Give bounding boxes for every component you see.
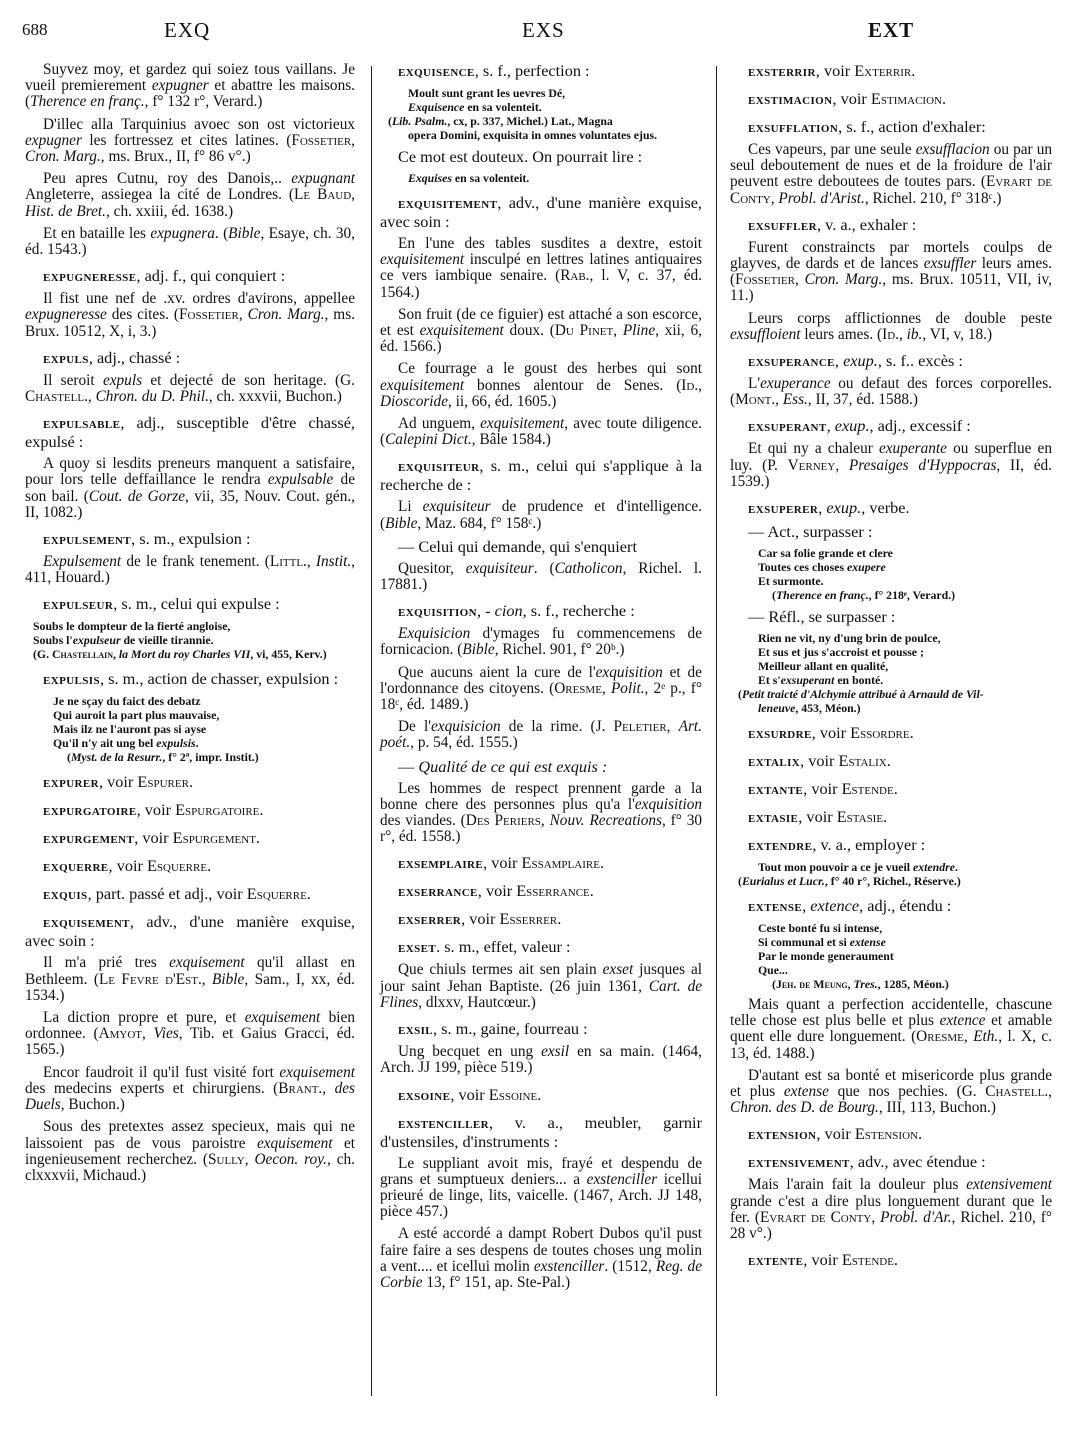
- definition: , voir Espurer.: [99, 772, 193, 791]
- verse-source: (Jeh. de Meung, Tres., 1285, Méon.): [758, 977, 1052, 991]
- column-2: exquisence, s. f., perfection :Moult sun…: [380, 62, 702, 1430]
- citation: En l'une des tables susdites a dextre, e…: [380, 236, 702, 301]
- citation: Les hommes de respect prennent garde a l…: [380, 781, 702, 846]
- citation: De l'exquisicion de la rime. (J. Peletie…: [380, 719, 702, 751]
- citation: Encor faudroit il qu'il fust visité fort…: [25, 1065, 355, 1114]
- definition: , s. m., celui qui expulse :: [113, 594, 279, 613]
- entry-header: expulseur, s. m., celui qui expulse :: [25, 595, 355, 614]
- definition: , adj., chassé :: [89, 348, 180, 367]
- verse-line: Si communal et si extense: [758, 935, 1052, 949]
- citation: Ces vapeurs, par une seule exsufflacion …: [730, 142, 1052, 207]
- citation: Expulsement de le frank tenement. (Littl…: [25, 554, 355, 586]
- headword: exstimacion: [748, 92, 832, 108]
- headword: exquisiteur: [398, 459, 479, 475]
- dictionary-entry: exsoine, voir Essoine.: [380, 1086, 702, 1105]
- headword: extalix: [748, 754, 800, 770]
- verse-line: Par le monde generaument: [758, 949, 1052, 963]
- verse-source-continued: leneuve, 453, Méon.): [738, 701, 1052, 715]
- citation: Le suppliant avoit mis, frayé et despend…: [380, 1156, 702, 1221]
- dictionary-entry: exsuperant, exup., adj., excessif :Et qu…: [730, 417, 1052, 490]
- headword: exquisement: [43, 915, 130, 931]
- dictionary-entry: expulsis, s. m., action de chasser, expu…: [25, 670, 355, 764]
- definition: , voir Esserrance.: [478, 881, 594, 900]
- entry-header: exquisitement, adv., d'une manière exqui…: [380, 194, 702, 231]
- page-number: 688: [22, 20, 48, 40]
- entry-header: exquisiteur, s. m., celui qui s'applique…: [380, 457, 702, 494]
- definition: , s. m., action de chasser, expulsion :: [100, 669, 338, 688]
- sub-sense: — Qualité de ce qui est exquis :: [380, 758, 702, 776]
- citation: Li exquisiteur de prudence et d'intellig…: [380, 499, 702, 531]
- dictionary-entry: exset. s. m., effet, valeur :Que chiuls …: [380, 938, 702, 1011]
- entry-header: exserrer, voir Esserrer.: [380, 910, 702, 929]
- citation: Furent constraincts par mortels coulps d…: [730, 240, 1052, 305]
- headword: exsoine: [398, 1088, 450, 1104]
- dictionary-entry: exquisition, - cion, s. f., recherche :E…: [380, 602, 702, 845]
- dictionary-entry: exquisitement, adv., d'une manière exqui…: [380, 194, 702, 448]
- verse-source: (Petit traicté d'Alchymie attribué à Arn…: [738, 687, 1052, 715]
- citation: L'exuperance ou defaut des forces corpor…: [730, 376, 1052, 408]
- dictionary-entry: extante, voir Estende.: [730, 780, 1052, 799]
- verse-line: Moult sunt grant les uevres Dé,: [408, 86, 702, 100]
- definition: , voir Exterrir.: [816, 61, 916, 80]
- headword: exsufflation: [748, 120, 838, 136]
- running-head-right: EXT: [868, 18, 914, 43]
- entry-header: extalix, voir Estalix.: [730, 752, 1052, 771]
- entry-header: exsil, s. m., gaine, fourreau :: [380, 1020, 702, 1039]
- entry-header: exstimacion, voir Estimacion.: [730, 90, 1052, 109]
- definition: , voir Estasie.: [798, 807, 887, 826]
- citation: Suyvez moy, et gardez qui soiez tous vai…: [25, 62, 355, 111]
- column-1: Suyvez moy, et gardez qui soiez tous vai…: [25, 62, 355, 1430]
- definition: , voir Esserrer.: [461, 909, 561, 928]
- verse-quotation: Je ne sçay du faict des debatzQui auroit…: [25, 694, 355, 764]
- citation: Que aucuns aient la cure de l'exquisitio…: [380, 665, 702, 714]
- entry-header: expurgement, voir Espurgement.: [25, 829, 355, 848]
- dictionary-entry: Suyvez moy, et gardez qui soiez tous vai…: [25, 62, 355, 258]
- definition: . s. m., effet, valeur :: [436, 937, 570, 956]
- verse-line: Toutes ces choses exupere: [758, 560, 1052, 574]
- dictionary-entry: exsil, s. m., gaine, fourreau :Ung becqu…: [380, 1020, 702, 1076]
- verse-line: Qu'il n'y ait ung bel expulsis.: [53, 736, 355, 750]
- headword: extente: [748, 1253, 803, 1269]
- verse-line: Et sus et jus s'accroist et pousse ;: [758, 645, 1052, 659]
- headword: exstenciller: [398, 1116, 489, 1132]
- verse-line: Exquises en sa volenteit.: [408, 171, 702, 185]
- column-rule: [716, 66, 717, 1396]
- dictionary-entry: expulsement, s. m., expulsion :Expulseme…: [25, 530, 355, 586]
- definition: , part. passé et adj., voir Esquerre.: [88, 884, 311, 903]
- verse-line: Mais ilz ne l'auront pas si ayse: [53, 722, 355, 736]
- headword: expulsement: [43, 532, 131, 548]
- verse-line: Je ne sçay du faict des debatz: [53, 694, 355, 708]
- definition: , s. m., gaine, fourreau :: [433, 1019, 588, 1038]
- headword: extasie: [748, 810, 798, 826]
- headword: expurgement: [43, 831, 134, 847]
- entry-header: exsuperer, exup., verbe.: [730, 499, 1052, 518]
- citation: Ad unguem, exquisitement, avec toute dil…: [380, 416, 702, 448]
- entry-header: exsoine, voir Essoine.: [380, 1086, 702, 1105]
- verse-quotation: Ceste bonté fu si intense,Si communal et…: [730, 921, 1052, 991]
- headword: expulsis: [43, 672, 100, 688]
- entry-header: exsuffler, v. a., exhaler :: [730, 216, 1052, 235]
- definition: , v. a., exhaler :: [817, 215, 916, 234]
- headword: expulseur: [43, 597, 113, 613]
- verse-quotation: Exquises en sa volenteit.: [380, 171, 702, 185]
- verse-line: Soubs le dompteur de la fierté angloise,: [33, 619, 355, 633]
- headword: exquisitement: [398, 196, 497, 212]
- sub-sense: — Celui qui demande, qui s'enquiert: [380, 538, 702, 556]
- verse-line: Exquisence en sa volenteit.: [408, 100, 702, 114]
- entry-header: extendre, v. a., employer :: [730, 836, 1052, 855]
- entry-header: exsemplaire, voir Essamplaire.: [380, 854, 702, 873]
- dictionary-entry: expurgatoire, voir Espurgatoire.: [25, 801, 355, 820]
- sub-sense: — Réfl., se surpasser :: [730, 608, 1052, 626]
- headword: exsuperant: [748, 419, 827, 435]
- definition: , voir Espurgement.: [134, 828, 260, 847]
- dictionary-entry: exsemplaire, voir Essamplaire.: [380, 854, 702, 873]
- definition: , s. m., expulsion :: [131, 529, 250, 548]
- entry-header: exquisement, adv., d'une manière exquise…: [25, 913, 355, 950]
- headword: exquerre: [43, 859, 109, 875]
- entry-header: extensivement, adv., avec étendue :: [730, 1153, 1052, 1172]
- dictionary-entry: expuls, adj., chassé :Il seroit expuls e…: [25, 349, 355, 405]
- headword: exsemplaire: [398, 856, 483, 872]
- verse-line: Et s'exsuperant en bonté.: [758, 673, 1052, 687]
- citation: Et qui ny a chaleur exuperante ou superf…: [730, 441, 1052, 490]
- definition: , exup., adj., excessif :: [827, 416, 971, 435]
- verse-source: (Eurialus et Lucr., f° 40 r°, Richel., R…: [738, 874, 1052, 888]
- citation: Il fist une nef de .xv. ordres d'avirons…: [25, 291, 355, 340]
- dictionary-entry: extensivement, adv., avec étendue :Mais …: [730, 1153, 1052, 1242]
- citation: A quoy si lesdits preneurs manquent a sa…: [25, 456, 355, 521]
- dictionary-entry: extense, extence, adj., étendu :Ceste bo…: [730, 897, 1052, 1116]
- entry-header: exsterrir, voir Exterrir.: [730, 62, 1052, 81]
- definition: , voir Essordre.: [812, 723, 914, 742]
- definition: , - cion, s. f., recherche :: [477, 601, 635, 620]
- definition: , voir Estende.: [803, 1250, 898, 1269]
- verse-source: (Myst. de la Resurr., f° 2ª, impr. Insti…: [53, 750, 355, 764]
- headword: expurer: [43, 775, 99, 791]
- running-head-left: EXQ: [164, 18, 210, 43]
- citation: A esté accordé a dampt Robert Dubos qu'i…: [380, 1226, 702, 1291]
- entry-header: exquis, part. passé et adj., voir Esquer…: [25, 885, 355, 904]
- verse-line: Meilleur allant en qualité,: [758, 659, 1052, 673]
- verse-line: Et surmonte.: [758, 574, 1052, 588]
- citation: Ung becquet en ung exsil en sa main. (14…: [380, 1044, 702, 1076]
- entry-header: expulsable, adj., susceptible d'être cha…: [25, 414, 355, 451]
- definition: , voir Espurgatoire.: [137, 800, 264, 819]
- citation: Quesitor, exquisiteur. (Catholicon, Rich…: [380, 561, 702, 593]
- dictionary-entry: exserrance, voir Esserrance.: [380, 882, 702, 901]
- headword: exserrer: [398, 912, 461, 928]
- entry-header: expurgatoire, voir Espurgatoire.: [25, 801, 355, 820]
- verse-line: Tout mon pouvoir a ce je vueil extendre.: [758, 860, 1052, 874]
- entry-header: expulsement, s. m., expulsion :: [25, 530, 355, 549]
- dictionary-entry: exsufflation, s. f., action d'exhaler:Ce…: [730, 118, 1052, 207]
- entry-header: exquisition, - cion, s. f., recherche :: [380, 602, 702, 621]
- entry-header: extente, voir Estende.: [730, 1251, 1052, 1270]
- definition: , voir Estimacion.: [832, 89, 946, 108]
- page-header: 688 EXQ EXS EXT: [0, 18, 1078, 48]
- citation: Mais l'arain fait la douleur plus extens…: [730, 1177, 1052, 1242]
- definition: , s. f., perfection :: [475, 61, 590, 80]
- entry-header: exsurdre, voir Essordre.: [730, 724, 1052, 743]
- headword: exserrance: [398, 884, 478, 900]
- headword: exsterrir: [748, 64, 816, 80]
- verse-quotation: Moult sunt grant les uevres Dé,Exquisenc…: [380, 86, 702, 142]
- citation: Ce fourrage a le goust des herbes qui so…: [380, 361, 702, 410]
- headword: exquisence: [398, 64, 475, 80]
- citation: Il m'a prié tres exquisement qu'il allas…: [25, 955, 355, 1004]
- headword: exsuffler: [748, 218, 817, 234]
- entry-header: expurer, voir Espurer.: [25, 773, 355, 792]
- citation: La diction propre et pure, et exquisemen…: [25, 1010, 355, 1059]
- headword: exsuperance: [748, 354, 835, 370]
- sub-sense: Ce mot est douteux. On pourrait lire :: [380, 148, 702, 166]
- verse-source: (Therence en franç., f° 218ᵉ, Verard.): [758, 588, 1052, 602]
- citation: Mais quant a perfection accidentelle, ch…: [730, 997, 1052, 1062]
- verse-quotation: Soubs le dompteur de la fierté angloise,…: [25, 619, 355, 661]
- headword: extensivement: [748, 1155, 850, 1171]
- definition: , extence, adj., étendu :: [802, 896, 951, 915]
- headword: exsuperer: [748, 501, 818, 517]
- dictionary-entry: exquerre, voir Esquerre.: [25, 857, 355, 876]
- dictionary-entry: expulseur, s. m., celui qui expulse :Sou…: [25, 595, 355, 661]
- verse-source: (G. Chastellain, la Mort du roy Charles …: [33, 647, 355, 661]
- verse-source: (Lib. Psalm., cx, p. 337, Michel.) Lat.,…: [388, 114, 702, 142]
- entry-header: exquerre, voir Esquerre.: [25, 857, 355, 876]
- entry-header: extante, voir Estende.: [730, 780, 1052, 799]
- entry-header: expulsis, s. m., action de chasser, expu…: [25, 670, 355, 689]
- dictionary-entry: expurer, voir Espurer.: [25, 773, 355, 792]
- dictionary-entry: exstenciller, v. a., meubler, garnir d'u…: [380, 1114, 702, 1292]
- column-3: exsterrir, voir Exterrir.exstimacion, vo…: [730, 62, 1052, 1430]
- verse-line: Qui auroit la part plus mauvaise,: [53, 708, 355, 722]
- entry-header: exset. s. m., effet, valeur :: [380, 938, 702, 957]
- entry-header: expugneresse, adj. f., qui conquiert :: [25, 267, 355, 286]
- citation: Peu apres Cutnu, roy des Danois,.. expug…: [25, 171, 355, 220]
- verse-quotation: Tout mon pouvoir a ce je vueil extendre.…: [730, 860, 1052, 888]
- definition: , exup., verbe.: [818, 498, 909, 517]
- citation: Leurs corps afflictionnes de double pest…: [730, 311, 1052, 343]
- verse-line: Que...: [758, 963, 1052, 977]
- definition: , exup., s. f.. excès :: [835, 351, 963, 370]
- definition: , adj. f., qui conquiert :: [136, 266, 285, 285]
- dictionary-entry: exquisiteur, s. m., celui qui s'applique…: [380, 457, 702, 593]
- definition: , voir Essoine.: [450, 1085, 541, 1104]
- entry-header: exsufflation, s. f., action d'exhaler:: [730, 118, 1052, 137]
- entry-header: exquisence, s. f., perfection :: [380, 62, 702, 81]
- definition: , voir Estende.: [803, 779, 898, 798]
- headword: exquis: [43, 887, 88, 903]
- citation: Sous des pretextes assez specieux, mais …: [25, 1119, 355, 1184]
- headword: exset: [398, 940, 436, 956]
- definition: , voir Esquerre.: [109, 856, 212, 875]
- headword: exsil: [398, 1022, 433, 1038]
- headword: extense: [748, 899, 802, 915]
- verse-line: Ceste bonté fu si intense,: [758, 921, 1052, 935]
- definition: , voir Estension.: [816, 1124, 922, 1143]
- citation: Exquisicion d'ymages fu commencemens de …: [380, 626, 702, 658]
- running-head-center: EXS: [522, 18, 565, 43]
- dictionary-entry: extasie, voir Estasie.: [730, 808, 1052, 827]
- definition: , voir Essamplaire.: [483, 853, 604, 872]
- dictionary-entry: expulsable, adj., susceptible d'être cha…: [25, 414, 355, 521]
- dictionary-entry: exsuffler, v. a., exhaler :Furent constr…: [730, 216, 1052, 343]
- headword: extendre: [748, 838, 812, 854]
- definition: , voir Estalix.: [800, 751, 891, 770]
- dictionary-entry: extalix, voir Estalix.: [730, 752, 1052, 771]
- entry-header: expuls, adj., chassé :: [25, 349, 355, 368]
- definition: , v. a., employer :: [812, 835, 925, 854]
- dictionary-entry: exquisence, s. f., perfection :Moult sun…: [380, 62, 702, 185]
- dictionary-entry: exstimacion, voir Estimacion.: [730, 90, 1052, 109]
- dictionary-entry: exsterrir, voir Exterrir.: [730, 62, 1052, 81]
- dictionary-entry: exsuperer, exup., verbe.— Act., surpasse…: [730, 499, 1052, 715]
- dictionary-entry: extension, voir Estension.: [730, 1125, 1052, 1144]
- citation: Il seroit expuls et dejecté de son herit…: [25, 373, 355, 405]
- verse-line: Rien ne vit, ny d'ung brin de poulce,: [758, 631, 1052, 645]
- verse-line: Car sa folie grande et clere: [758, 546, 1052, 560]
- citation: D'illec alla Tarquinius avoec son ost vi…: [25, 117, 355, 166]
- dictionary-entry: exsurdre, voir Essordre.: [730, 724, 1052, 743]
- dictionary-entry: extente, voir Estende.: [730, 1251, 1052, 1270]
- headword: expurgatoire: [43, 803, 137, 819]
- definition: , adv., avec étendue :: [850, 1152, 986, 1171]
- entry-header: extense, extence, adj., étendu :: [730, 897, 1052, 916]
- entry-header: extasie, voir Estasie.: [730, 808, 1052, 827]
- dictionary-entry: exserrer, voir Esserrer.: [380, 910, 702, 929]
- dictionary-entry: exquisement, adv., d'une manière exquise…: [25, 913, 355, 1184]
- dictionary-entry: extendre, v. a., employer :Tout mon pouv…: [730, 836, 1052, 888]
- citation: D'autant est sa bonté et misericorde plu…: [730, 1068, 1052, 1117]
- citation: Son fruit (de ce figuier) est attaché a …: [380, 307, 702, 356]
- headword: extante: [748, 782, 803, 798]
- headword: expulsable: [43, 416, 120, 432]
- definition: , s. f., action d'exhaler:: [838, 117, 986, 136]
- headword: extension: [748, 1127, 816, 1143]
- verse-source-continued: opera Domini, exquisita in omnes volunta…: [388, 128, 702, 142]
- verse-line: Soubs l'expulseur de vieille tirannie.: [33, 633, 355, 647]
- entry-header: exsuperant, exup., adj., excessif :: [730, 417, 1052, 436]
- headword: exquisition: [398, 604, 477, 620]
- dictionary-entry: expugneresse, adj. f., qui conquiert :Il…: [25, 267, 355, 340]
- entry-header: extension, voir Estension.: [730, 1125, 1052, 1144]
- headword: expugneresse: [43, 269, 136, 285]
- headword: expuls: [43, 351, 89, 367]
- dictionary-entry: exquis, part. passé et adj., voir Esquer…: [25, 885, 355, 904]
- entry-header: exsuperance, exup., s. f.. excès :: [730, 352, 1052, 371]
- entry-header: exserrance, voir Esserrance.: [380, 882, 702, 901]
- verse-quotation: Car sa folie grande et clereToutes ces c…: [730, 546, 1052, 602]
- headword: exsurdre: [748, 726, 812, 742]
- column-rule: [371, 66, 372, 1396]
- citation: Et en bataille les expugnera. (Bible, Es…: [25, 226, 355, 258]
- citation: Que chiuls termes ait sen plain exset ju…: [380, 962, 702, 1011]
- sub-sense: — Act., surpasser :: [730, 523, 1052, 541]
- dictionary-entry: expurgement, voir Espurgement.: [25, 829, 355, 848]
- verse-quotation: Rien ne vit, ny d'ung brin de poulce,Et …: [730, 631, 1052, 715]
- dictionary-entry: exsuperance, exup., s. f.. excès :L'exup…: [730, 352, 1052, 408]
- entry-header: exstenciller, v. a., meubler, garnir d'u…: [380, 1114, 702, 1151]
